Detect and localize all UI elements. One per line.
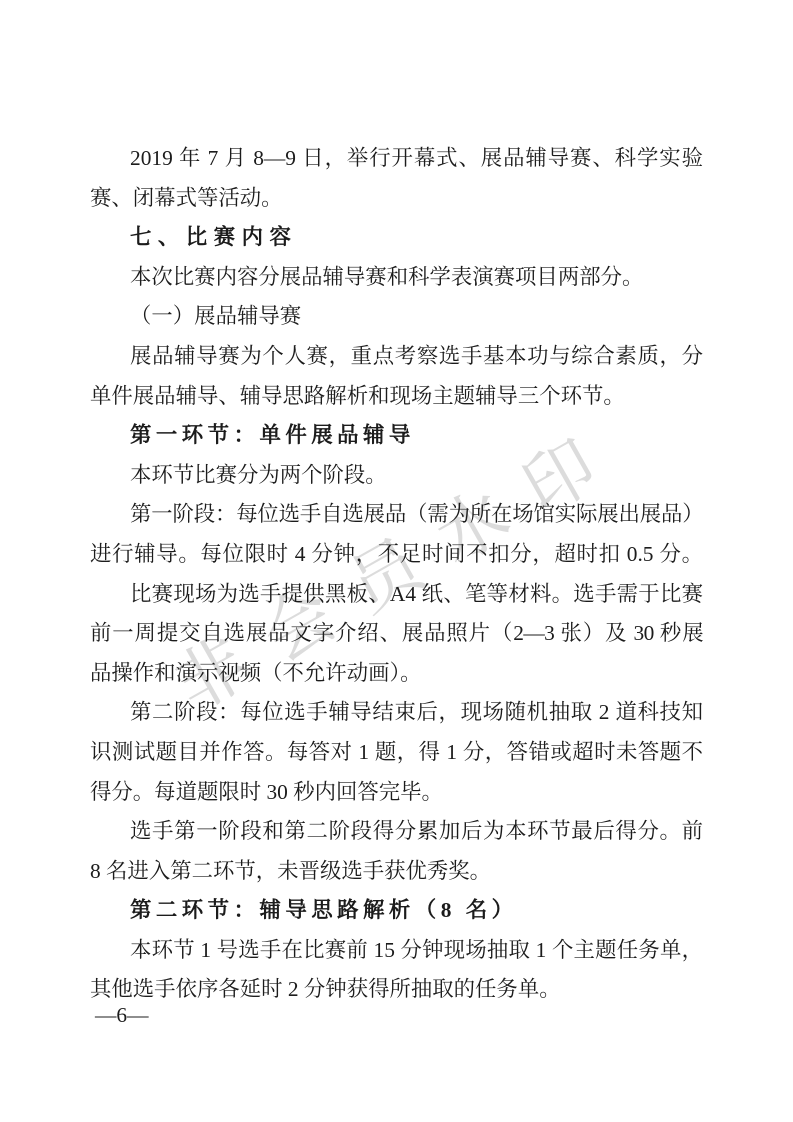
para-materials-line-3: 品操作和演示视频（不允许动画）。 (90, 654, 703, 694)
para-stage-one-overview: 本环节比赛分为两个阶段。 (90, 456, 703, 496)
para-stage-two-line-1: 本环节 1 号选手在比赛前 15 分钟现场抽取 1 个主题任务单， (90, 931, 703, 971)
document-body: 2019 年 7 月 8—9 日，举行开幕式、展品辅导赛、科学实验 赛、闭幕式等… (90, 139, 703, 1010)
subheading-exhibit-tutoring-contest: （一）展品辅导赛 (90, 297, 703, 337)
para-schedule-line-1: 2019 年 7 月 8—9 日，举行开幕式、展品辅导赛、科学实验 (90, 139, 703, 179)
heading-stage-two: 第二环节：辅导思路解析（8 名） (90, 891, 703, 931)
heading-stage-one: 第一环节：单件展品辅导 (90, 416, 703, 456)
para-scoring-line-2: 8 名进入第二环节，未晋级选手获优秀奖。 (90, 852, 703, 892)
para-phase-two-line-3: 得分。每道题限时 30 秒内回答完毕。 (90, 773, 703, 813)
para-scoring-line-1: 选手第一阶段和第二阶段得分累加后为本环节最后得分。前 (90, 812, 703, 852)
para-phase-one-line-1: 第一阶段：每位选手自选展品（需为所在场馆实际展出展品） (90, 495, 703, 535)
para-stage-two-line-2: 其他选手依序各延时 2 分钟获得所抽取的任务单。 (90, 970, 703, 1010)
document-page: 非会员水印 2019 年 7 月 8—9 日，举行开幕式、展品辅导赛、科学实验 … (0, 0, 793, 1122)
para-schedule-line-2: 赛、闭幕式等活动。 (90, 179, 703, 219)
page-number: —6— (95, 1003, 148, 1027)
para-contest-intro-line-1: 展品辅导赛为个人赛，重点考察选手基本功与综合素质，分 (90, 337, 703, 377)
para-phase-one-line-2: 进行辅导。每位限时 4 分钟，不足时间不扣分，超时扣 0.5 分。 (90, 535, 703, 575)
heading-section-seven: 七、比赛内容 (90, 218, 703, 258)
para-phase-two-line-1: 第二阶段：每位选手辅导结束后，现场随机抽取 2 道科技知 (90, 693, 703, 733)
para-overview: 本次比赛内容分展品辅导赛和科学表演赛项目两部分。 (90, 258, 703, 298)
para-materials-line-2: 前一周提交自选展品文字介绍、展品照片（2—3 张）及 30 秒展 (90, 614, 703, 654)
para-materials-line-1: 比赛现场为选手提供黑板、A4 纸、笔等材料。选手需于比赛 (90, 575, 703, 615)
para-phase-two-line-2: 识测试题目并作答。每答对 1 题，得 1 分，答错或超时未答题不 (90, 733, 703, 773)
para-contest-intro-line-2: 单件展品辅导、辅导思路解析和现场主题辅导三个环节。 (90, 377, 703, 417)
